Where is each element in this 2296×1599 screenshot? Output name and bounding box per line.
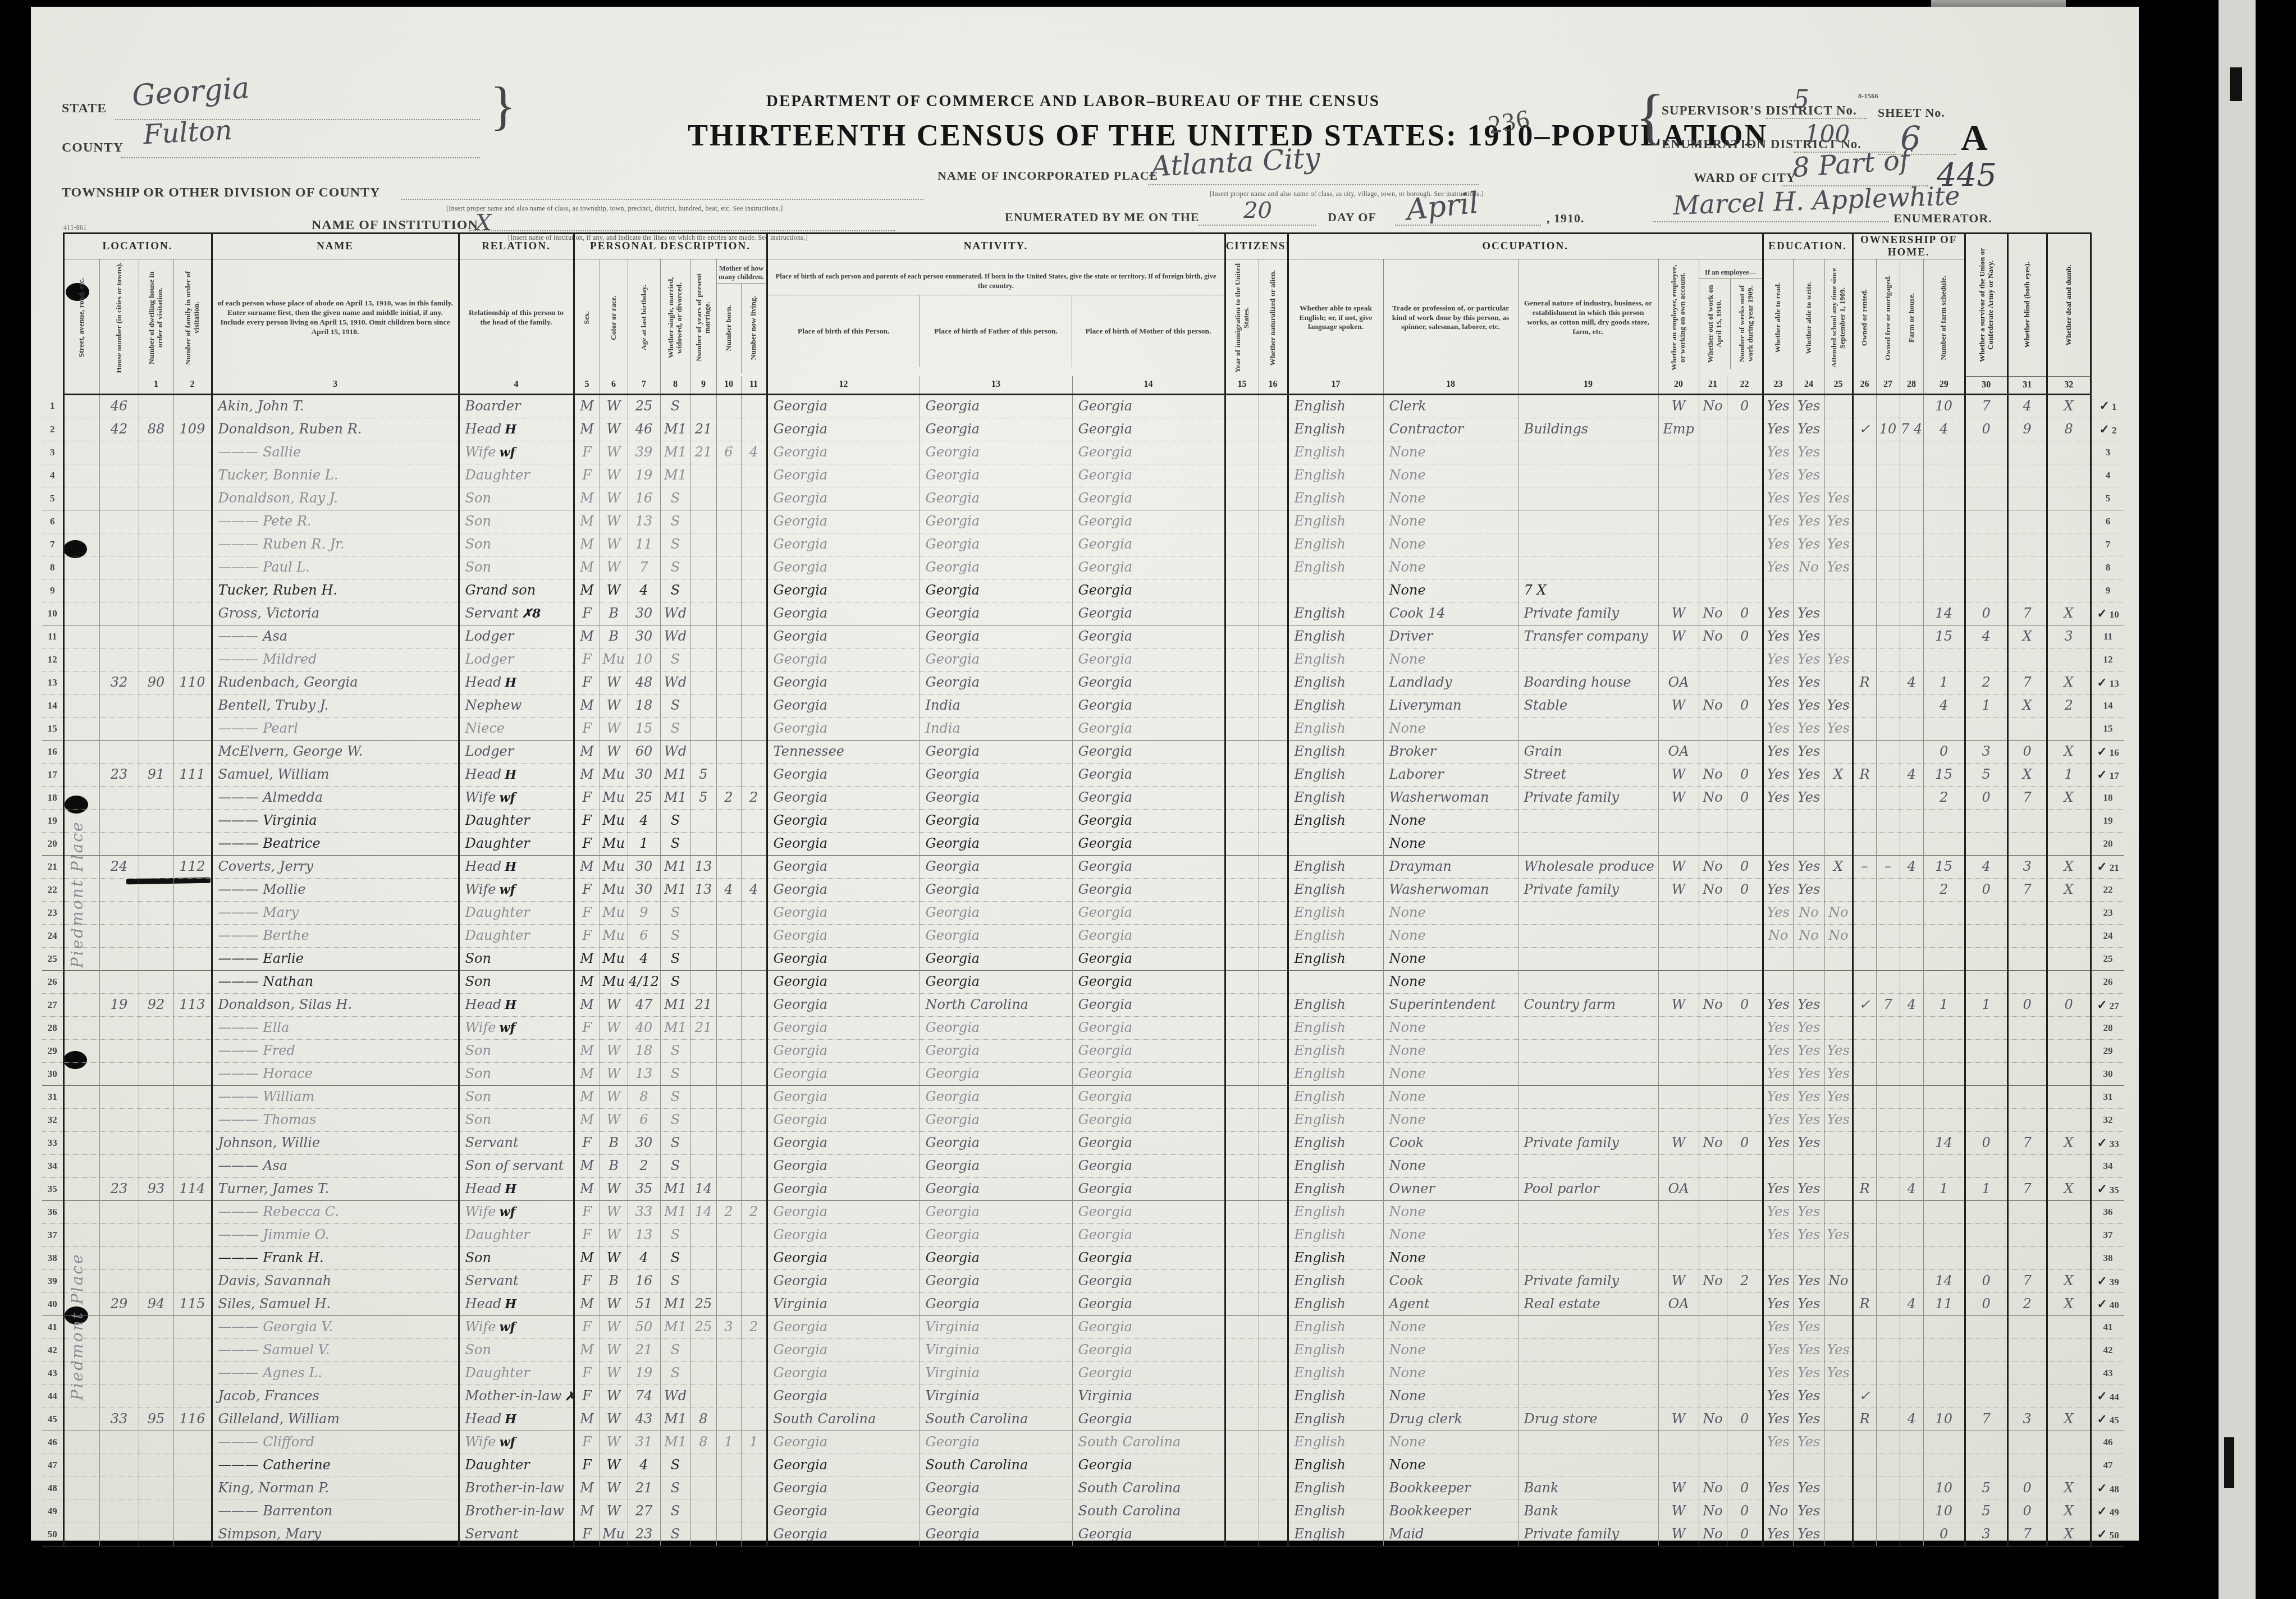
cell-wks bbox=[1727, 901, 1763, 924]
cell-fam bbox=[173, 1016, 212, 1039]
cell-age: 31 bbox=[628, 1431, 660, 1454]
cell-age: 7 bbox=[628, 556, 660, 579]
cell-dwell bbox=[139, 648, 173, 671]
cell-house bbox=[99, 1246, 139, 1269]
cell-read: Yes bbox=[1763, 441, 1793, 464]
cell-mar: Wd bbox=[660, 671, 690, 694]
cell-farm: 7 4 bbox=[1900, 418, 1923, 441]
cell-dwell bbox=[139, 1338, 173, 1362]
cell-survivor bbox=[1965, 717, 2007, 740]
check-mark: ✓ bbox=[2097, 606, 2107, 621]
table-row: 22——— MollieWifewfFMu30M11344GeorgiaGeor… bbox=[42, 878, 2124, 901]
cell-own bbox=[1853, 878, 1876, 901]
cell-nat bbox=[1259, 970, 1288, 993]
cell-nat bbox=[1259, 441, 1288, 464]
cell-own bbox=[1853, 441, 1876, 464]
cell-mar: S bbox=[660, 901, 690, 924]
column-number-survivor: 30 bbox=[1965, 376, 2007, 394]
cell-mar: M1 bbox=[660, 763, 690, 786]
cell-mar: S bbox=[660, 1223, 690, 1246]
cell-lang: English bbox=[1288, 671, 1383, 694]
column-number-born: 10 bbox=[716, 376, 741, 394]
cell-color: B bbox=[600, 1131, 628, 1154]
cell-ind bbox=[1518, 1154, 1658, 1177]
cell-cls bbox=[1658, 1362, 1699, 1385]
cell-occ: Contractor bbox=[1383, 418, 1518, 441]
cell-age: 47 bbox=[628, 993, 660, 1016]
cell-fsched: 1 bbox=[1923, 1177, 1965, 1200]
cell-mbp: South Carolina bbox=[1072, 1431, 1225, 1454]
cell-street bbox=[63, 970, 99, 993]
cell-out: No bbox=[1699, 993, 1727, 1016]
cell-house bbox=[99, 1039, 139, 1062]
cell-survivor bbox=[1965, 832, 2007, 855]
cell-rel: Daughter bbox=[459, 832, 574, 855]
cell-out: No bbox=[1699, 1408, 1727, 1431]
cell-mbp: Georgia bbox=[1072, 556, 1225, 579]
cell-fam bbox=[173, 1315, 212, 1338]
line-number-right: ✓16 bbox=[2091, 740, 2124, 763]
cell-fbp: India bbox=[920, 717, 1072, 740]
cell-born bbox=[716, 1385, 741, 1408]
cell-color: W bbox=[600, 993, 628, 1016]
cell-survivor bbox=[1965, 970, 2007, 993]
cell-read bbox=[1763, 1454, 1793, 1477]
line-number-left: 39 bbox=[42, 1269, 63, 1292]
cell-color: W bbox=[600, 1200, 628, 1223]
cell-sex: M bbox=[574, 579, 600, 602]
line-number-left: 4 bbox=[42, 464, 63, 487]
cell-liv bbox=[741, 487, 767, 510]
cell-read: Yes bbox=[1763, 1269, 1793, 1292]
cell-mbp: Georgia bbox=[1072, 602, 1225, 625]
cell-fsched: 11 bbox=[1923, 1292, 1965, 1315]
cell-nat bbox=[1259, 1131, 1288, 1154]
table-row: 271992113Donaldson, Silas H.HeadHMW47M12… bbox=[42, 993, 2124, 1016]
cell-write: Yes bbox=[1793, 1269, 1824, 1292]
cell-wks: 0 bbox=[1727, 763, 1763, 786]
check-mark: ✓ bbox=[2097, 1504, 2107, 1519]
cell-fbp: Georgia bbox=[920, 648, 1072, 671]
cell-nat bbox=[1259, 1408, 1288, 1431]
column-header-age: Age at last birthday. bbox=[628, 259, 660, 377]
cell-write bbox=[1793, 1454, 1824, 1477]
check-mark: ✓ bbox=[2097, 1136, 2107, 1150]
cell-rel: Wifewf bbox=[459, 786, 574, 809]
cell-house bbox=[99, 947, 139, 970]
cell-free: – bbox=[1876, 855, 1900, 878]
cell-out: No bbox=[1699, 625, 1727, 648]
cell-sch bbox=[1824, 1131, 1853, 1154]
cell-cls bbox=[1658, 1338, 1699, 1362]
cell-bp: Georgia bbox=[767, 970, 920, 993]
cell-out bbox=[1699, 1315, 1727, 1338]
cell-color: Mu bbox=[600, 832, 628, 855]
cell-survivor bbox=[1965, 901, 2007, 924]
cell-color: Mu bbox=[600, 924, 628, 947]
cell-mar: M1 bbox=[660, 786, 690, 809]
cell-born: 2 bbox=[716, 786, 741, 809]
cell-house bbox=[99, 441, 139, 464]
cell-own bbox=[1853, 1246, 1876, 1269]
nativity-note: Place of birth of each person and parent… bbox=[768, 268, 1224, 295]
cell-name: ——— Mollie bbox=[212, 878, 459, 901]
cell-fsched: 1 bbox=[1923, 993, 1965, 1016]
line-number-left: 13 bbox=[42, 671, 63, 694]
cell-survivor bbox=[1965, 1154, 2007, 1177]
cell-color: Mu bbox=[600, 947, 628, 970]
cell-house bbox=[99, 1200, 139, 1223]
cell-blind bbox=[2007, 1385, 2047, 1408]
cell-color: B bbox=[600, 602, 628, 625]
cell-out bbox=[1699, 832, 1727, 855]
cell-deaf bbox=[2047, 464, 2091, 487]
cell-deaf: 2 bbox=[2047, 694, 2091, 717]
cell-cls bbox=[1658, 441, 1699, 464]
cell-read: Yes bbox=[1763, 418, 1793, 441]
cell-mar: S bbox=[660, 394, 690, 418]
department-line: DEPARTMENT OF COMMERCE AND LABOR–BUREAU … bbox=[766, 92, 1380, 111]
cell-bp: Georgia bbox=[767, 763, 920, 786]
cell-occ: None bbox=[1383, 1016, 1518, 1039]
cell-dwell: 88 bbox=[139, 418, 173, 441]
cell-occ: Washerwoman bbox=[1383, 878, 1518, 901]
cell-bp: Georgia bbox=[767, 809, 920, 832]
cell-color: W bbox=[600, 556, 628, 579]
cell-name: ——— Agnes L. bbox=[212, 1362, 459, 1385]
line-number-right: ✓1 bbox=[2091, 394, 2124, 418]
cell-own bbox=[1853, 809, 1876, 832]
cell-street bbox=[63, 510, 99, 533]
cell-lang: English bbox=[1288, 418, 1383, 441]
cell-age: 8 bbox=[628, 1085, 660, 1108]
cell-free bbox=[1876, 1039, 1900, 1062]
line-number-right: ✓39 bbox=[2091, 1269, 2124, 1292]
cell-mbp: Georgia bbox=[1072, 510, 1225, 533]
cell-born bbox=[716, 487, 741, 510]
cell-imm bbox=[1225, 855, 1259, 878]
cell-liv bbox=[741, 602, 767, 625]
cell-deaf bbox=[2047, 441, 2091, 464]
cell-bp: Georgia bbox=[767, 1108, 920, 1131]
cell-name: ——— Mary bbox=[212, 901, 459, 924]
cell-imm bbox=[1225, 1500, 1259, 1523]
cell-house bbox=[99, 1315, 139, 1338]
cell-born bbox=[716, 671, 741, 694]
cell-free bbox=[1876, 441, 1900, 464]
cell-dwell bbox=[139, 1269, 173, 1292]
supervisor-label: SUPERVISOR'S DISTRICT No. bbox=[1662, 103, 1857, 118]
cell-imm bbox=[1225, 1477, 1259, 1500]
cell-bp: Tennessee bbox=[767, 740, 920, 763]
cell-mar: M1 bbox=[660, 1177, 690, 1200]
line-number-right: 43 bbox=[2091, 1362, 2124, 1385]
cell-house bbox=[99, 1338, 139, 1362]
cell-farm bbox=[1900, 487, 1923, 510]
cell-age: 4 bbox=[628, 947, 660, 970]
cell-free bbox=[1876, 1292, 1900, 1315]
cell-age: 35 bbox=[628, 1177, 660, 1200]
cell-fsched bbox=[1923, 556, 1965, 579]
cell-rel: Son of servant bbox=[459, 1154, 574, 1177]
cell-wks: 0 bbox=[1727, 394, 1763, 418]
cell-born bbox=[716, 924, 741, 947]
cell-sch: No bbox=[1824, 901, 1853, 924]
cell-street bbox=[63, 602, 99, 625]
cell-fsched: 2 bbox=[1923, 878, 1965, 901]
cell-yrs bbox=[690, 464, 716, 487]
cell-name: Tucker, Bonnie L. bbox=[212, 464, 459, 487]
column-number-mbp: 14 bbox=[1072, 376, 1225, 394]
cell-ind: 7 X bbox=[1518, 579, 1658, 602]
cell-read: Yes bbox=[1763, 1338, 1793, 1362]
cell-house bbox=[99, 1223, 139, 1246]
cell-deaf bbox=[2047, 1315, 2091, 1338]
cell-house bbox=[99, 786, 139, 809]
cell-rel: Daughter bbox=[459, 464, 574, 487]
cell-own bbox=[1853, 1039, 1876, 1062]
cell-ind bbox=[1518, 901, 1658, 924]
cell-occ: Drug clerk bbox=[1383, 1408, 1518, 1431]
cell-fsched bbox=[1923, 1223, 1965, 1246]
cell-free bbox=[1876, 1154, 1900, 1177]
cell-fam bbox=[173, 809, 212, 832]
table-row: 50Simpson, MaryServantFMu23SGeorgiaGeorg… bbox=[42, 1523, 2124, 1546]
cell-lang: English bbox=[1288, 1292, 1383, 1315]
township-label: TOWNSHIP OR OTHER DIVISION OF COUNTY bbox=[62, 185, 380, 200]
cell-mbp: Georgia bbox=[1072, 1523, 1225, 1546]
cell-house bbox=[99, 1362, 139, 1385]
column-header-nat: Whether naturalized or alien. bbox=[1259, 259, 1288, 377]
cell-fam bbox=[173, 694, 212, 717]
cell-sex: M bbox=[574, 510, 600, 533]
cell-born bbox=[716, 763, 741, 786]
cell-cls: W bbox=[1658, 1477, 1699, 1500]
cell-mbp: Georgia bbox=[1072, 970, 1225, 993]
cell-bp: Georgia bbox=[767, 1269, 920, 1292]
cell-rel: Lodger bbox=[459, 740, 574, 763]
clerk-mark: H bbox=[505, 1297, 516, 1312]
cell-mar: S bbox=[660, 1269, 690, 1292]
cell-rel: Servant✗8 bbox=[459, 602, 574, 625]
group-name: NAME bbox=[212, 234, 459, 259]
cell-fbp: Georgia bbox=[920, 602, 1072, 625]
cell-sex: F bbox=[574, 1269, 600, 1292]
clerk-mark: wf bbox=[500, 791, 515, 805]
table-row: 11——— AsaLodgerMB30WdGeorgiaGeorgiaGeorg… bbox=[42, 625, 2124, 648]
cell-color: W bbox=[600, 1085, 628, 1108]
cell-sex: F bbox=[574, 878, 600, 901]
cell-liv bbox=[741, 924, 767, 947]
cell-ind bbox=[1518, 970, 1658, 993]
cell-cls: W bbox=[1658, 1500, 1699, 1523]
line-number-left: 27 bbox=[42, 993, 63, 1016]
cell-lang bbox=[1288, 832, 1383, 855]
cell-bp: Georgia bbox=[767, 717, 920, 740]
cell-write: Yes bbox=[1793, 625, 1824, 648]
cell-liv bbox=[741, 901, 767, 924]
cell-deaf: 3 bbox=[2047, 625, 2091, 648]
cell-fam bbox=[173, 717, 212, 740]
cell-street bbox=[63, 464, 99, 487]
cell-yrs bbox=[690, 533, 716, 556]
cell-write: Yes bbox=[1793, 487, 1824, 510]
line-number-right: ✓35 bbox=[2091, 1177, 2124, 1200]
cell-fsched: 0 bbox=[1923, 740, 1965, 763]
line-number-left: 49 bbox=[42, 1500, 63, 1523]
cell-cls: W bbox=[1658, 763, 1699, 786]
mother-subhead: Mother of how many children. bbox=[717, 263, 766, 284]
check-mark: ✓ bbox=[2097, 1274, 2107, 1289]
cell-survivor: 0 bbox=[1965, 878, 2007, 901]
cell-ind: Wholesale produce bbox=[1518, 855, 1658, 878]
cell-fsched bbox=[1923, 1016, 1965, 1039]
cell-own bbox=[1853, 1523, 1876, 1546]
cell-sex: F bbox=[574, 1523, 600, 1546]
cell-farm bbox=[1900, 1315, 1923, 1338]
cell-fam bbox=[173, 1223, 212, 1246]
cell-fsched bbox=[1923, 487, 1965, 510]
cell-lang: English bbox=[1288, 1269, 1383, 1292]
cell-bp: Georgia bbox=[767, 464, 920, 487]
cell-out bbox=[1699, 1016, 1727, 1039]
cell-deaf bbox=[2047, 556, 2091, 579]
cell-fbp: Georgia bbox=[920, 970, 1072, 993]
column-number-fam: 2 bbox=[173, 376, 212, 394]
line-number-left: 6 bbox=[42, 510, 63, 533]
enumerator-label: ENUMERATOR. bbox=[1893, 211, 1992, 226]
cell-born bbox=[716, 1223, 741, 1246]
cell-blind: X bbox=[2007, 625, 2047, 648]
cell-free bbox=[1876, 1408, 1900, 1431]
cell-sex: M bbox=[574, 394, 600, 418]
cell-rel: Son bbox=[459, 1338, 574, 1362]
cell-farm bbox=[1900, 1385, 1923, 1408]
cell-wks bbox=[1727, 510, 1763, 533]
cell-farm: 4 bbox=[1900, 763, 1923, 786]
cell-born bbox=[716, 970, 741, 993]
cell-lang bbox=[1288, 970, 1383, 993]
cell-occ: None bbox=[1383, 579, 1518, 602]
check-mark: ✓ bbox=[2097, 998, 2107, 1012]
cell-own bbox=[1853, 1362, 1876, 1385]
cell-out bbox=[1699, 901, 1727, 924]
cell-fsched bbox=[1923, 1454, 1965, 1477]
cell-fam bbox=[173, 648, 212, 671]
cell-sch bbox=[1824, 878, 1853, 901]
line-number-right: 41 bbox=[2091, 1315, 2124, 1338]
cell-ind bbox=[1518, 947, 1658, 970]
cell-name: ——— Asa bbox=[212, 1154, 459, 1177]
cell-out: No bbox=[1699, 602, 1727, 625]
cell-fsched bbox=[1923, 901, 1965, 924]
clerk-mark: wf bbox=[500, 445, 515, 460]
cell-deaf bbox=[2047, 1039, 2091, 1062]
cell-survivor bbox=[1965, 1431, 2007, 1454]
column-header-blind: Whether blind (both eyes). bbox=[2007, 234, 2047, 377]
cell-mbp: Georgia bbox=[1072, 924, 1225, 947]
cell-dwell: 90 bbox=[139, 671, 173, 694]
cell-blind bbox=[2007, 1085, 2047, 1108]
cell-out: No bbox=[1699, 1523, 1727, 1546]
cell-age: 30 bbox=[628, 855, 660, 878]
line-number-left: 18 bbox=[42, 786, 63, 809]
cell-mbp: Georgia bbox=[1072, 1315, 1225, 1338]
cell-fam bbox=[173, 1246, 212, 1269]
cell-own bbox=[1853, 394, 1876, 418]
cell-lang: English bbox=[1288, 786, 1383, 809]
cell-fbp: Georgia bbox=[920, 1223, 1072, 1246]
cell-out bbox=[1699, 1431, 1727, 1454]
cell-deaf: X bbox=[2047, 1269, 2091, 1292]
cell-fbp: Georgia bbox=[920, 533, 1072, 556]
cell-farm bbox=[1900, 717, 1923, 740]
cell-bp: Georgia bbox=[767, 694, 920, 717]
cell-sch bbox=[1824, 1523, 1853, 1546]
line-number-left: 25 bbox=[42, 947, 63, 970]
cell-rel: HeadH bbox=[459, 1292, 574, 1315]
cell-wks: 0 bbox=[1727, 1500, 1763, 1523]
cell-blind bbox=[2007, 441, 2047, 464]
cell-fsched bbox=[1923, 464, 1965, 487]
cell-deaf bbox=[2047, 533, 2091, 556]
cell-name: ——— Thomas bbox=[212, 1108, 459, 1131]
cell-mbp: Georgia bbox=[1072, 878, 1225, 901]
table-row: 7——— Ruben R. Jr.SonMW11SGeorgiaGeorgiaG… bbox=[42, 533, 2124, 556]
cell-dwell bbox=[139, 487, 173, 510]
cell-survivor: 5 bbox=[1965, 763, 2007, 786]
cell-bp: Georgia bbox=[767, 1039, 920, 1062]
cell-born bbox=[716, 855, 741, 878]
cell-age: 9 bbox=[628, 901, 660, 924]
column-number-wks: 22 bbox=[1727, 376, 1763, 394]
cell-fam: 111 bbox=[173, 763, 212, 786]
cell-cls: OA bbox=[1658, 671, 1699, 694]
cell-imm bbox=[1225, 1269, 1259, 1292]
cell-mbp: Georgia bbox=[1072, 1408, 1225, 1431]
cell-out: No bbox=[1699, 1477, 1727, 1500]
cell-farm bbox=[1900, 1062, 1923, 1085]
line-number-left: 9 bbox=[42, 579, 63, 602]
cell-survivor: 4 bbox=[1965, 855, 2007, 878]
cell-occ: None bbox=[1383, 441, 1518, 464]
cell-yrs bbox=[690, 1062, 716, 1085]
cell-age: 39 bbox=[628, 441, 660, 464]
cell-sex: F bbox=[574, 1016, 600, 1039]
cell-imm bbox=[1225, 1108, 1259, 1131]
cell-out bbox=[1699, 418, 1727, 441]
cell-own bbox=[1853, 1454, 1876, 1477]
cell-nat bbox=[1259, 602, 1288, 625]
cell-blind bbox=[2007, 464, 2047, 487]
cell-house bbox=[99, 1269, 139, 1292]
cell-farm bbox=[1900, 464, 1923, 487]
cell-sex: F bbox=[574, 602, 600, 625]
cell-fbp: Georgia bbox=[920, 1016, 1072, 1039]
cell-yrs bbox=[690, 556, 716, 579]
cell-ind bbox=[1518, 1039, 1658, 1062]
cell-out bbox=[1699, 1177, 1727, 1200]
line-number-right: 6 bbox=[2091, 510, 2124, 533]
line-number-left: 42 bbox=[42, 1338, 63, 1362]
cell-fam bbox=[173, 602, 212, 625]
cell-read: Yes bbox=[1763, 1016, 1793, 1039]
table-row: 19——— VirginiaDaughterFMu4SGeorgiaGeorgi… bbox=[42, 809, 2124, 832]
cell-sch bbox=[1824, 993, 1853, 1016]
township-line bbox=[401, 199, 923, 200]
cell-blind bbox=[2007, 1362, 2047, 1385]
cell-lang: English bbox=[1288, 1477, 1383, 1500]
